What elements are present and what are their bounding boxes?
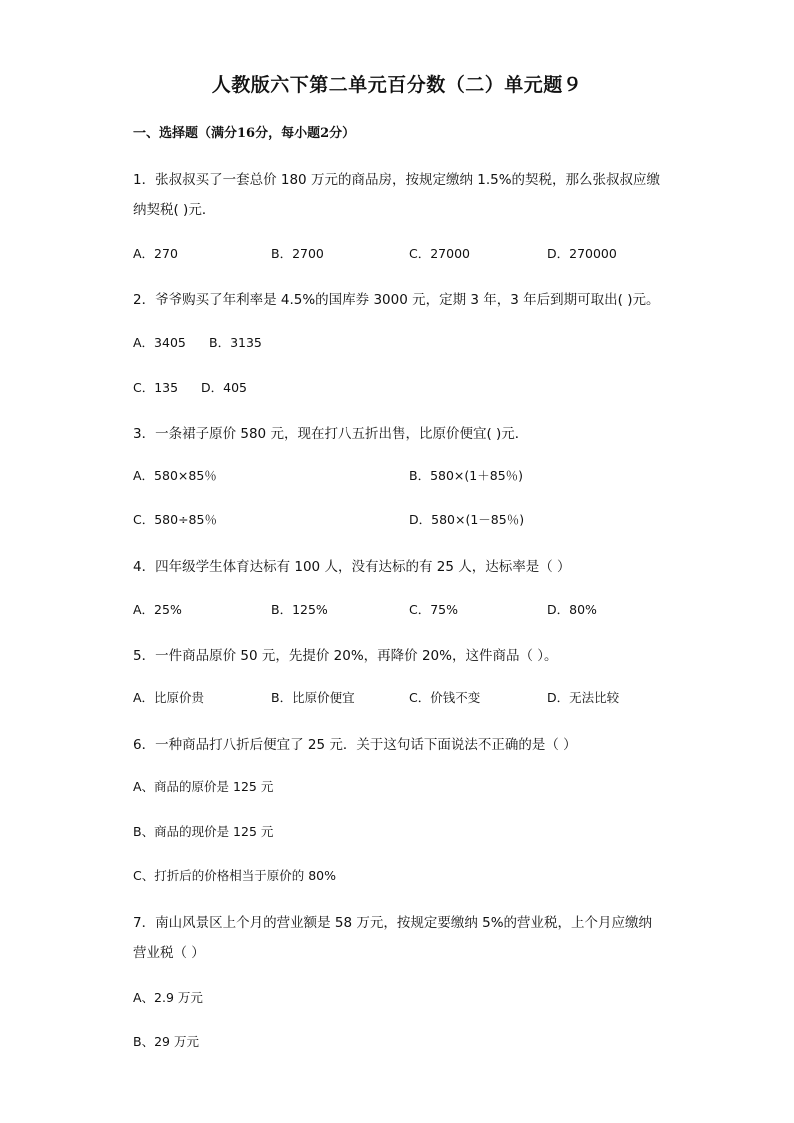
question-1-option-d: D．270000 — [547, 244, 617, 262]
question-6-option-c: C、打折后的价格相当于原价的 80% — [133, 866, 336, 884]
question-2-option-b: B．3135 — [209, 333, 262, 351]
question-6-option-b: B、商品的现价是 125 元 — [133, 822, 273, 840]
question-7-option-a: A、2.9 万元 — [133, 988, 203, 1006]
question-3-line-1: 3．一条裙子原价 580 元，现在打八五折出售，比原价便宜( )元． — [133, 422, 528, 442]
section-heading: 一、选择题（满分16分，每小题2分） — [133, 122, 355, 141]
question-6-line-1: 6．一种商品打八折后便宜了 25 元．关于这句话下面说法不正确的是（ ） — [133, 733, 577, 753]
question-1-option-c: C．27000 — [409, 244, 470, 262]
question-5-option-d: D．无法比较 — [547, 688, 619, 706]
question-2-option-a: A．3405 — [133, 333, 186, 351]
question-6-option-a: A、商品的原价是 125 元 — [133, 777, 273, 795]
question-1-line-2: 纳契税( )元． — [133, 198, 215, 218]
question-2-option-c: C．135 — [133, 378, 178, 396]
question-3-option-d: D．580×(1－85％) — [409, 510, 524, 528]
question-4-option-d: D．80% — [547, 600, 597, 618]
question-3-option-b: B．580×(1＋85％) — [409, 466, 523, 484]
question-7-line-1: 7．南山风景区上个月的营业额是 58 万元，按规定要缴纳 5%的营业税，上个月应… — [133, 911, 652, 931]
question-7-line-2: 营业税（ ） — [133, 941, 205, 961]
question-4-option-b: B．125% — [271, 600, 328, 618]
question-1-option-a: A．270 — [133, 244, 178, 262]
question-5-option-a: A．比原价贵 — [133, 688, 204, 706]
question-1-line-1: 1．张叔叔买了一套总价 180 万元的商品房，按规定缴纳 1.5%的契税，那么张… — [133, 168, 660, 188]
question-5-line-1: 5．一件商品原价 50 元，先提价 20%，再降价 20%，这件商品（ ）。 — [133, 644, 558, 664]
question-4-line-1: 4．四年级学生体育达标有 100 人，没有达标的有 25 人，达标率是（ ） — [133, 555, 571, 575]
question-1-option-b: B．2700 — [271, 244, 324, 262]
document-title: 人教版六下第二单元百分数（二）单元题９ — [0, 70, 794, 97]
question-7-option-b: B、29 万元 — [133, 1032, 199, 1050]
question-4-option-c: C．75% — [409, 600, 458, 618]
question-4-option-a: A．25% — [133, 600, 182, 618]
question-3-option-a: A．580×85％ — [133, 466, 217, 484]
question-3-option-c: C．580÷85％ — [133, 510, 217, 528]
question-2-option-d: D．405 — [201, 378, 247, 396]
question-2-line-1: 2．爷爷购买了年利率是 4.5%的国库券 3000 元，定期 3 年，3 年后到… — [133, 288, 660, 308]
question-5-option-b: B．比原价便宜 — [271, 688, 355, 706]
question-5-option-c: C．价钱不变 — [409, 688, 480, 706]
